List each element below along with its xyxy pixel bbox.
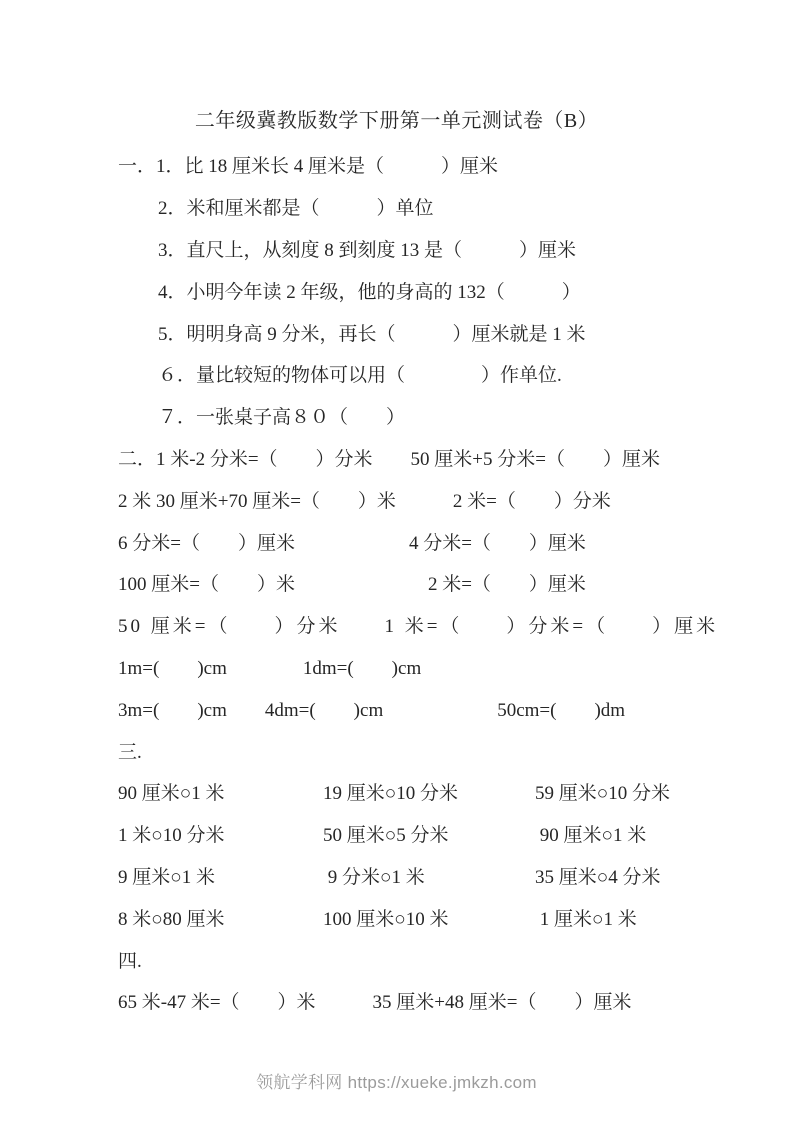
comparison-cell: 59 厘米○10 分米 [535,778,718,805]
comparison-row-3: 9 厘米○1 米 9 分米○1 米 35 厘米○4 分米 [118,855,718,897]
comparison-cell: 9 厘米○1 米 [118,862,323,889]
worksheet-page: 二年级冀教版数学下册第一单元测试卷（B） 一．1．比 18 厘米长 4 厘米是（… [0,0,793,1122]
question-line-4: 4．小明今年读 2 年级，他的身高的 132（ ） [118,269,718,311]
section-four-header: 四. [118,938,718,980]
conversion-line-1: 二．1 米-2 分米=（ ）分米 50 厘米+5 分米=（ ）厘米 [118,437,718,479]
comparison-cell: 50 厘米○5 分米 [323,820,535,847]
comparison-cell: 1 米○10 分米 [118,820,323,847]
question-line-7: ７．一张桌子高８０（ ） [118,395,718,437]
page-title: 二年级冀教版数学下册第一单元测试卷（B） [0,104,793,133]
conversion-line-2: 2 米 30 厘米+70 厘米=（ ）米 2 米=（ ）分米 [118,478,718,520]
conversion-line-6: 1m=( )cm 1dm=( )cm [118,646,718,688]
section-three-header: 三. [118,729,718,771]
comparison-row-2: 1 米○10 分米 50 厘米○5 分米 90 厘米○1 米 [118,813,718,855]
conversion-line-7: 3m=( )cm 4dm=( )cm 50cm=( )dm [118,687,718,729]
comparison-cell: 35 厘米○4 分米 [535,862,718,889]
comparison-cell: 90 厘米○1 米 [118,778,323,805]
comparison-cell: 8 米○80 厘米 [118,904,323,931]
question-line-5: 5．明明身高 9 分米，再长（ ）厘米就是 1 米 [118,311,718,353]
question-line-1: 一．1．比 18 厘米长 4 厘米是（ ）厘米 [118,144,718,186]
comparison-cell: 1 厘米○1 米 [535,904,718,931]
comparison-cell: 19 厘米○10 分米 [323,778,535,805]
conversion-line-4: 100 厘米=（ ）米 2 米=（ ）厘米 [118,562,718,604]
conversion-line-5: 50 厘米=（ ）分米 1 米=（ ）分米=（ ）厘米 [118,604,718,646]
question-line-3: 3．直尺上，从刻度 8 到刻度 13 是（ ）厘米 [118,228,718,270]
question-line-6: ６．量比较短的物体可以用（ ）作单位. [118,353,718,395]
worksheet-body: 一．1．比 18 厘米长 4 厘米是（ ）厘米 2．米和厘米都是（ ）单位 3．… [118,144,718,1022]
comparison-cell: 90 厘米○1 米 [535,820,718,847]
comparison-cell: 100 厘米○10 米 [323,904,535,931]
comparison-cell: 9 分米○1 米 [323,862,535,889]
comparison-row-4: 8 米○80 厘米 100 厘米○10 米 1 厘米○1 米 [118,896,718,938]
watermark-footer: 领航学科网 https://xueke.jmkzh.com [0,1068,793,1093]
conversion-line-3: 6 分米=（ ）厘米 4 分米=（ ）厘米 [118,520,718,562]
comparison-row-1: 90 厘米○1 米 19 厘米○10 分米 59 厘米○10 分米 [118,771,718,813]
question-line-2: 2．米和厘米都是（ ）单位 [118,186,718,228]
calculation-line-1: 65 米-47 米=（ ）米 35 厘米+48 厘米=（ ）厘米 [118,980,718,1022]
